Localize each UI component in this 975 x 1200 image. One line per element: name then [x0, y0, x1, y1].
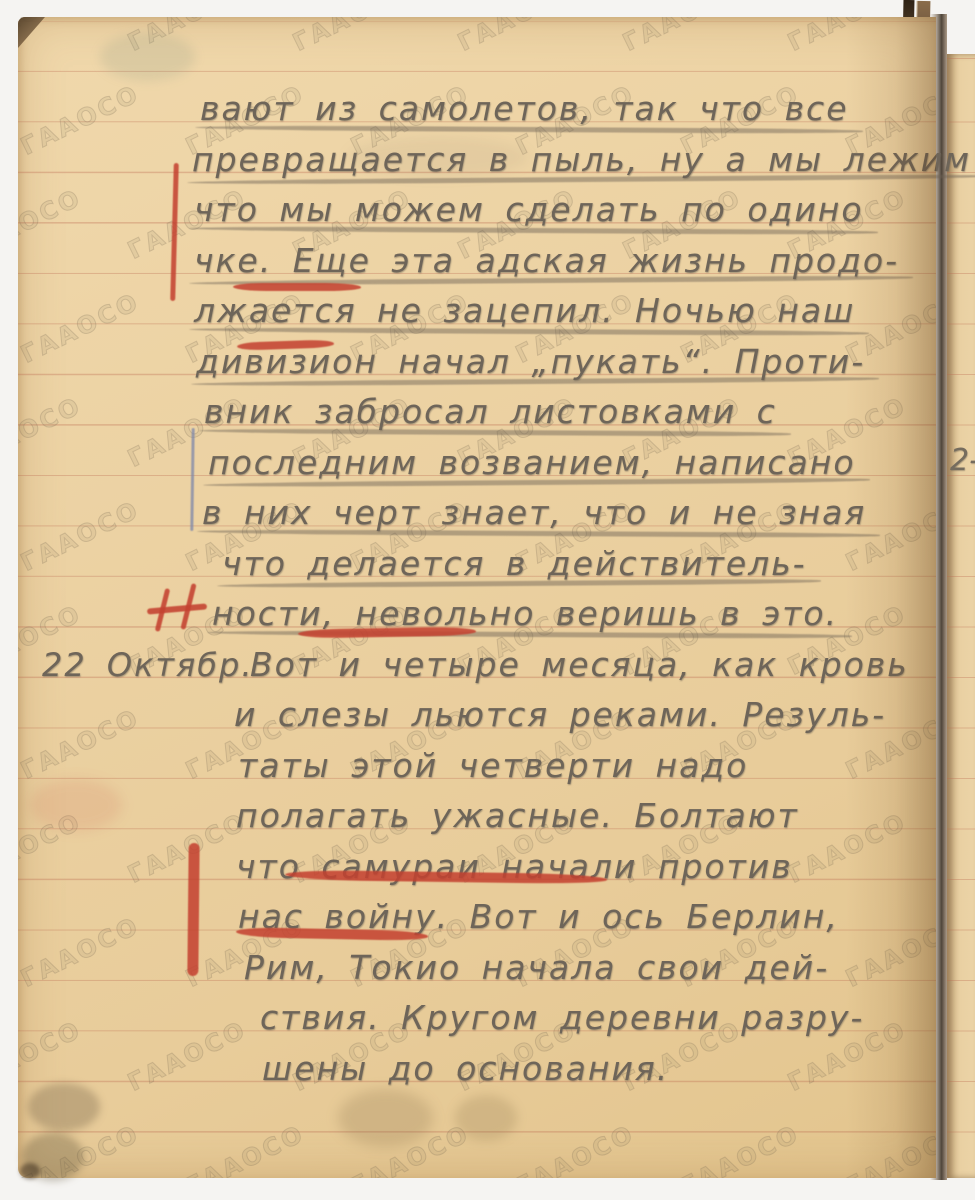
- archive-watermark: ГААОСО: [18, 391, 86, 473]
- handwritten-line: что самураи начали против: [236, 841, 793, 892]
- archive-watermark: ГААОСО: [453, 17, 581, 57]
- archive-watermark: ГААОСО: [346, 1119, 474, 1178]
- handwritten-line: вают из самолетов, так что все: [200, 83, 849, 134]
- archive-watermark: ГААОСО: [18, 1015, 86, 1097]
- handwritten-line: в них черт знает, что и не зная: [202, 487, 866, 538]
- handwritten-line: лжается не зацепил. Ночью наш: [194, 285, 855, 336]
- entry-date: 22 Октябр.: [42, 640, 254, 691]
- handwritten-line: полагать ужасные. Болтают: [236, 790, 799, 841]
- archive-watermark: ГААОСО: [676, 1119, 804, 1178]
- stain: [338, 1089, 433, 1147]
- archive-watermark: ГААОСО: [288, 17, 416, 57]
- archive-watermark: ГААОСО: [511, 1119, 639, 1178]
- red-margin-line-thick: [187, 843, 199, 976]
- stain: [28, 1083, 100, 1131]
- archive-watermark: ГААОСО: [618, 17, 746, 57]
- smudge: [100, 33, 195, 81]
- archive-watermark: ГААОСО: [18, 183, 86, 265]
- adjacent-page-edge: 2-: [947, 54, 975, 1178]
- stain: [22, 1133, 84, 1181]
- archive-watermark: ГААОСО: [18, 287, 144, 369]
- archive-watermark: ГААОСО: [181, 1119, 309, 1178]
- archive-watermark: ГААОСО: [123, 17, 251, 57]
- handwritten-line: таты этой четверти надо: [238, 740, 748, 791]
- archive-watermark: ГААОСО: [783, 807, 911, 889]
- blue-margin-line: [190, 428, 194, 531]
- handwritten-line: ствия. Кругом деревни разру-: [260, 992, 864, 1043]
- archive-watermark: ГААОСО: [18, 79, 144, 161]
- red-underline: [233, 283, 361, 291]
- adjacent-page-rulings: [947, 54, 975, 1178]
- red-margin-line: [170, 163, 178, 301]
- archive-watermark: ГААОСО: [841, 911, 936, 993]
- archive-watermark: ГААОСО: [18, 911, 144, 993]
- handwritten-line: что мы можем сделать по одино: [194, 184, 864, 235]
- handwritten-line: Вот и четыре месяца, как кровь: [250, 639, 909, 690]
- handwritten-line: чке. Еще эта адская жизнь продо-: [194, 235, 899, 286]
- handwritten-line: что делается в действитель-: [222, 538, 807, 589]
- corner-stain: [20, 1163, 40, 1179]
- scanned-diary-page: { "page": { "archive_watermark": "ГААОСО…: [0, 0, 975, 1200]
- handwritten-line: шены до основания.: [262, 1043, 669, 1094]
- red-smudge: [30, 779, 122, 831]
- handwritten-line: превращается в пыль, ну а мы лежим: [192, 134, 971, 185]
- handwritten-line: вник забросал листовками с: [204, 386, 777, 437]
- corner-fold: [18, 17, 45, 48]
- diary-page: ГААОСОГААОСОГААОСОГААОСОГААОСОГААОСОГААО…: [18, 17, 936, 1178]
- handwritten-line: последним возванием, написано: [208, 437, 856, 488]
- stain: [455, 1095, 517, 1141]
- red-h-mark: [150, 583, 210, 637]
- handwritten-line: и слезы льются реками. Резуль-: [234, 689, 886, 740]
- archive-watermark: ГААОСО: [783, 17, 911, 57]
- archive-watermark: ГААОСО: [123, 1015, 251, 1097]
- archive-watermark: ГААОСО: [18, 495, 144, 577]
- archive-watermark: ГААОСО: [18, 703, 144, 785]
- handwritten-line: Рим, Токио начала свои дей-: [244, 942, 829, 993]
- archive-watermark: ГААОСО: [18, 807, 86, 889]
- archive-watermark: ГААОСО: [841, 1119, 936, 1178]
- adjacent-page-text-fragment: 2-: [950, 444, 975, 478]
- archive-watermark: ГААОСО: [18, 1119, 144, 1178]
